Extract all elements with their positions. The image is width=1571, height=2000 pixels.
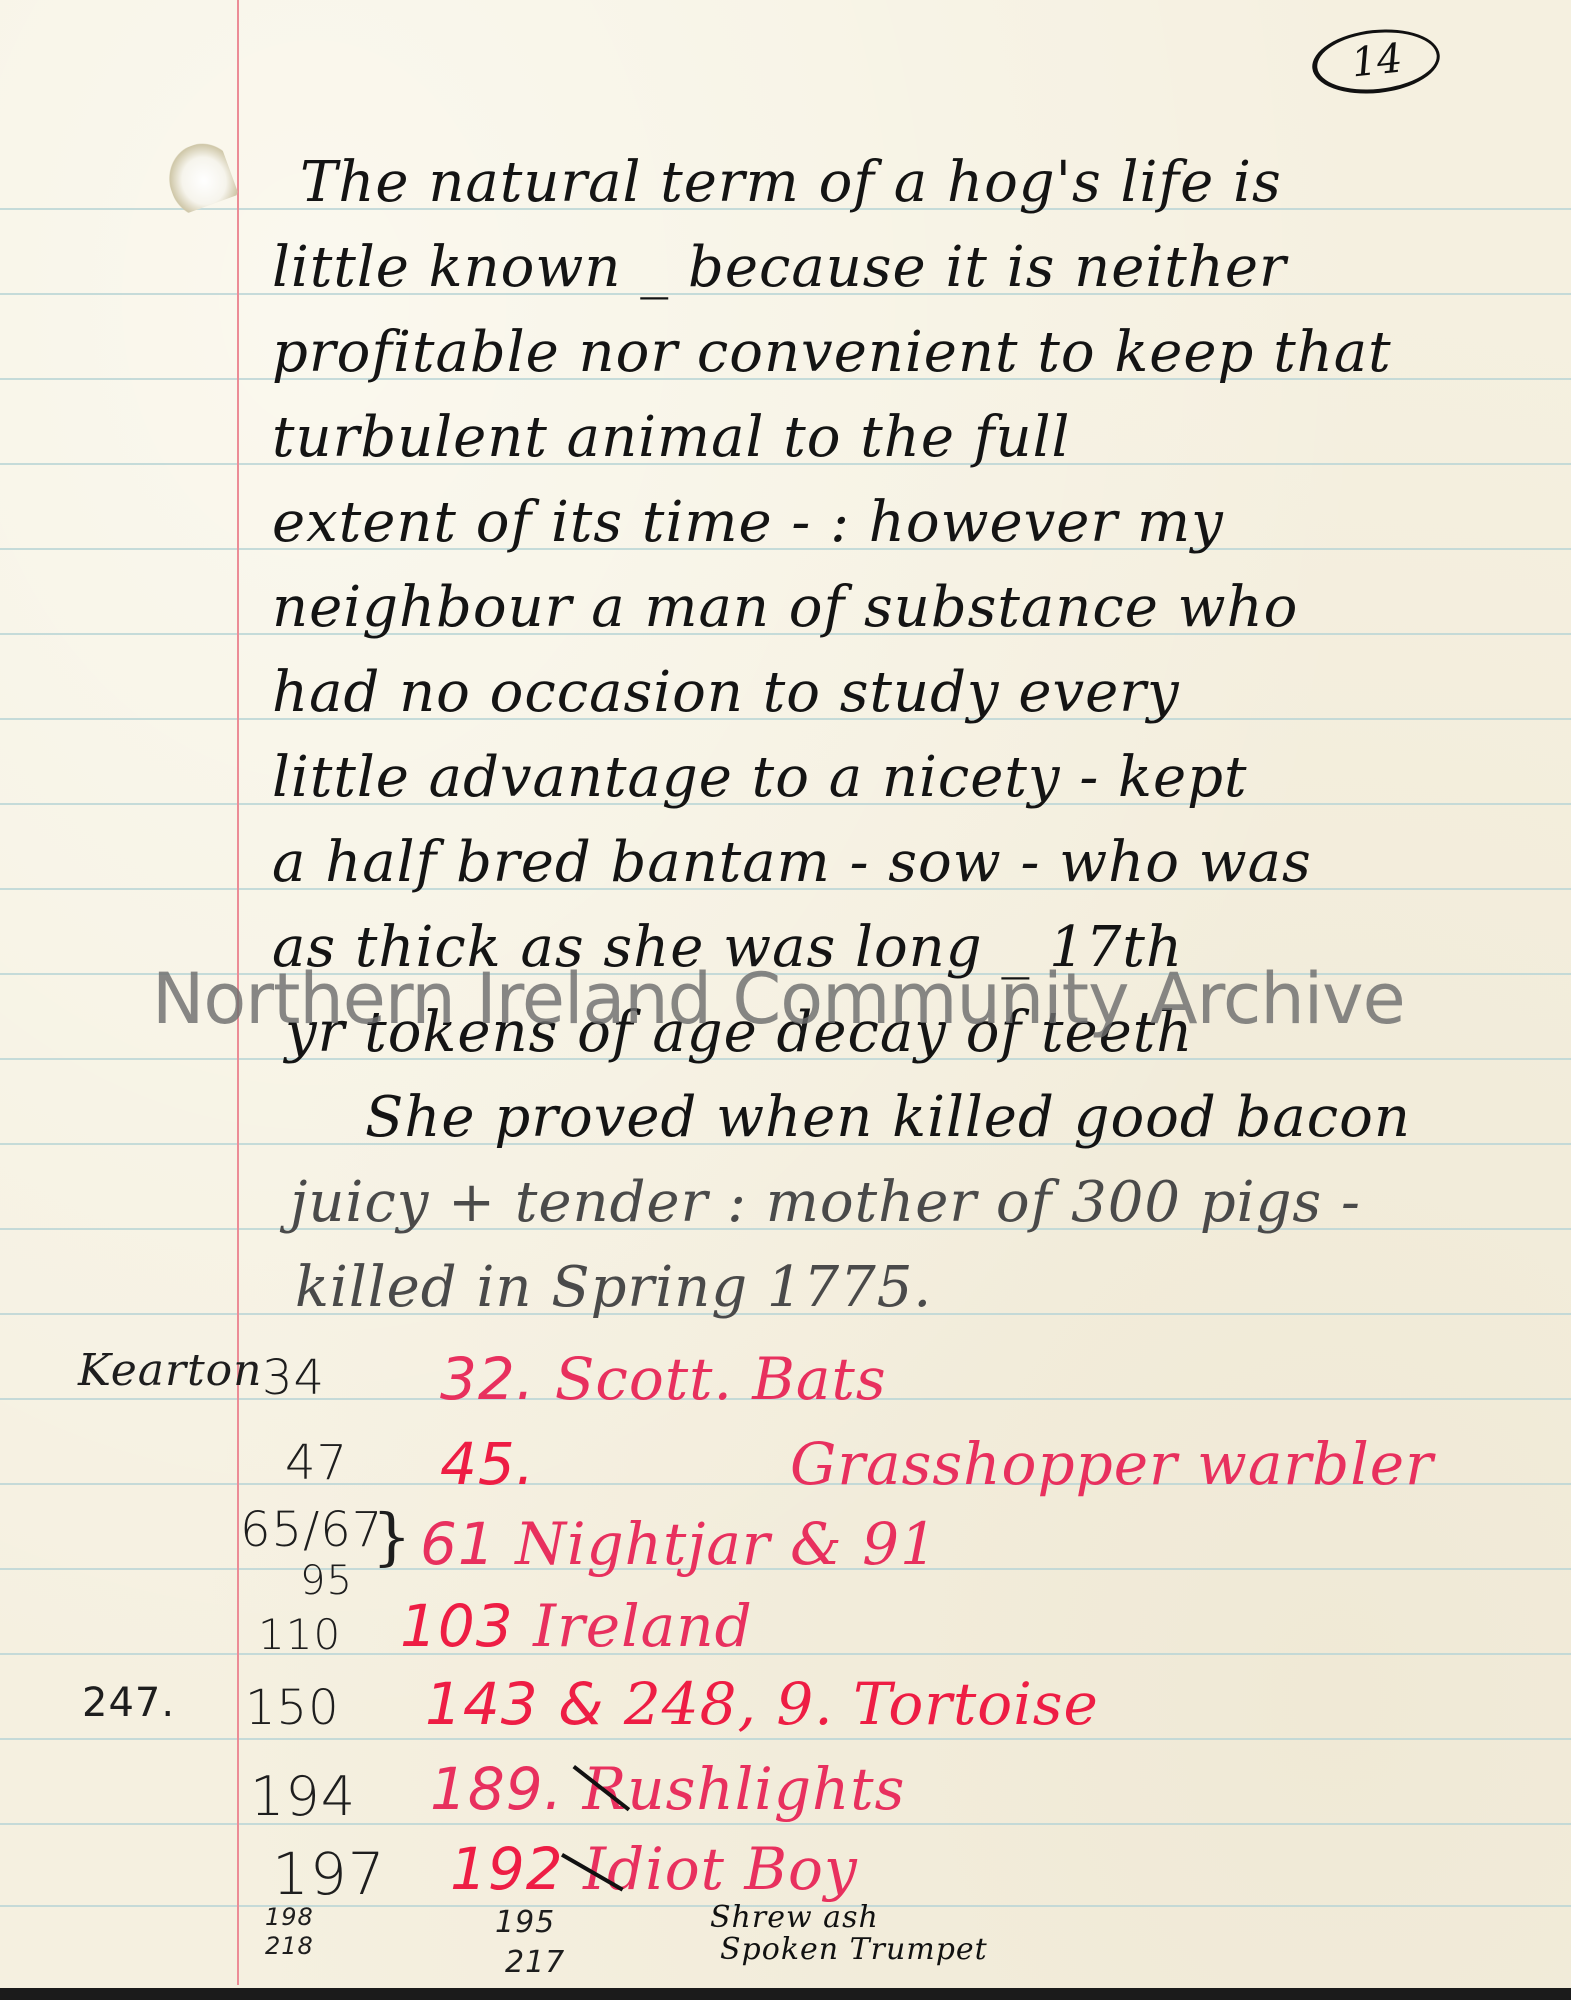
text-line: neighbour a man of substance who xyxy=(272,575,1298,640)
text-line: had no occasion to study every xyxy=(272,660,1180,725)
watermark: Northern Ireland Community Archive xyxy=(152,958,1405,1040)
index-ref: 194 xyxy=(250,1765,356,1828)
text-line: killed in Spring 1775. xyxy=(295,1255,932,1320)
text-line: extent of its time - : however my xyxy=(272,490,1224,555)
ruled-line xyxy=(0,1823,1571,1825)
footer-note: Spoken Trumpet xyxy=(720,1932,988,1967)
text-line: turbulent animal to the full xyxy=(272,405,1070,470)
index-entry: 143 & 248, 9. Tortoise xyxy=(425,1670,1099,1738)
margin-note-247: 247. xyxy=(82,1680,175,1726)
text-line: profitable nor convenient to keep that xyxy=(272,320,1392,385)
text-line: She proved when killed good bacon xyxy=(365,1085,1411,1150)
index-entry-struck: 192 Idiot Boy xyxy=(450,1835,858,1903)
text-line: a half bred bantam - sow - who was xyxy=(272,830,1312,895)
index-entry-number: 143 & xyxy=(425,1670,604,1738)
brace-icon: } xyxy=(372,1500,411,1573)
notebook-page: 14 The natural term of a hog's life is l… xyxy=(0,0,1571,2000)
index-ref-sub: 95 xyxy=(300,1558,353,1604)
index-entry-text: Rushlights xyxy=(583,1755,906,1823)
index-entry-number: 192 xyxy=(450,1835,564,1903)
text-line: The natural term of a hog's life is xyxy=(300,150,1282,215)
index-entry: 61 Nightjar & 91 xyxy=(420,1510,938,1578)
punch-hole-icon xyxy=(159,136,238,215)
index-entry: 45. xyxy=(440,1430,535,1498)
index-entry-text: Grasshopper warbler xyxy=(790,1430,1434,1498)
index-entry-text: 248, 9. Tortoise xyxy=(624,1670,1099,1738)
page-bottom-edge xyxy=(0,1988,1571,2000)
index-ref: 150 xyxy=(245,1680,340,1736)
index-entry: Grasshopper warbler xyxy=(790,1430,1434,1498)
index-entry-number: 32. xyxy=(440,1345,535,1413)
footer-ref: 195 xyxy=(495,1905,555,1940)
ruled-line xyxy=(0,1738,1571,1740)
text-line: little known _ because it is neither xyxy=(272,235,1287,300)
index-entry-number: 103 xyxy=(400,1592,514,1660)
text-line: juicy + tender : mother of 300 pigs - xyxy=(290,1170,1361,1235)
index-entry-number: 189. xyxy=(430,1755,563,1823)
ruled-line xyxy=(0,1653,1571,1655)
page-number: 14 xyxy=(1309,23,1443,99)
index-entry-text: Idiot Boy xyxy=(583,1835,858,1903)
index-entry-struck: 189. Rushlights xyxy=(430,1755,905,1823)
index-entry-text: Nightjar & 91 xyxy=(515,1510,938,1578)
text-line: little advantage to a nicety - kept xyxy=(272,745,1247,810)
index-entry-text: Ireland xyxy=(533,1592,753,1660)
index-ref: 47 xyxy=(285,1435,348,1491)
index-entry-number: 61 xyxy=(420,1510,496,1578)
footer-ref: 217 xyxy=(505,1945,565,1980)
index-entry-text: Scott. Bats xyxy=(555,1345,887,1413)
footer-ref: 218 xyxy=(265,1932,314,1960)
index-ref: 110 xyxy=(258,1610,341,1659)
index-entry-number: 45. xyxy=(440,1430,535,1498)
index-ref: 34 xyxy=(262,1350,325,1406)
margin-note-kearton: Kearton xyxy=(78,1345,263,1396)
index-entry: 103 Ireland xyxy=(400,1592,753,1660)
index-ref: 197 xyxy=(272,1840,386,1908)
index-entry: 32. Scott. Bats xyxy=(440,1345,887,1413)
index-ref: 65/67 xyxy=(240,1502,383,1558)
footer-ref: 198 xyxy=(265,1903,314,1931)
footer-note: Shrew ash xyxy=(710,1900,879,1935)
